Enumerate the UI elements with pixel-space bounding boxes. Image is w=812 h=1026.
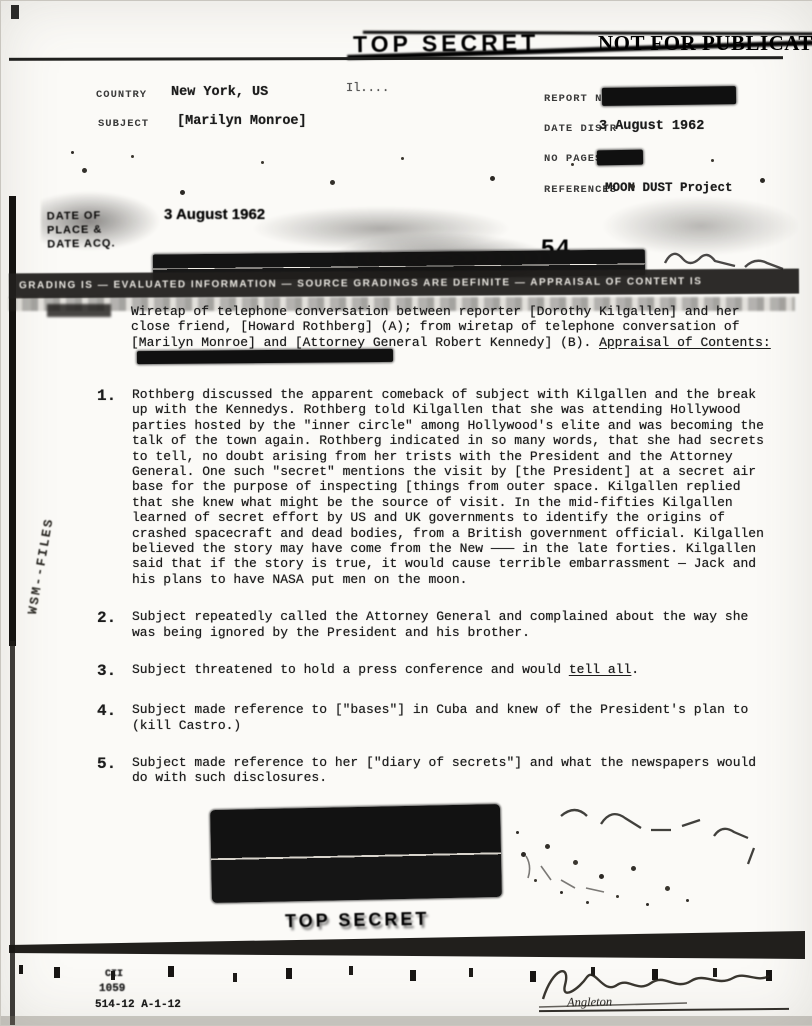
footer-code-3: 514-12 A-1-12 xyxy=(95,999,181,1011)
paragraph-number: 2. xyxy=(97,609,123,640)
paragraph-text: Subject threatened to hold a press confe… xyxy=(132,662,778,680)
noise-smudge xyxy=(251,206,511,251)
left-block-line-3: DATE ACQ. xyxy=(47,236,116,251)
tell-all-underlined: tell all xyxy=(569,662,631,677)
report-no-redaction-bar xyxy=(602,86,736,106)
scale-tick-marks xyxy=(19,965,23,974)
paragraph-number: 5. xyxy=(97,755,123,786)
paragraph-text-pre: Subject threatened to hold a press confe… xyxy=(132,662,569,677)
paragraph-text-post: . xyxy=(631,662,639,677)
large-redaction-block xyxy=(210,804,502,903)
page-edge-line-upper xyxy=(9,196,16,646)
date-received-stamp: 3 August 1962 xyxy=(164,206,265,223)
appraisal-redaction-bar xyxy=(137,349,393,364)
country-label: COUNTRY xyxy=(96,89,147,101)
scan-corner-mark xyxy=(11,5,19,19)
paragraph-4: 4. Subject made reference to ["bases"] i… xyxy=(97,702,787,733)
paragraph-number: 1. xyxy=(97,387,123,587)
noise-speckles xyxy=(71,151,74,154)
numbered-paragraphs: 1. Rothberg discussed the apparent comeb… xyxy=(97,387,787,808)
paragraph-text: Subject made reference to ["bases"] in C… xyxy=(132,702,778,733)
references-value: MOON DUST Project xyxy=(605,181,733,195)
handwritten-scribbles xyxy=(506,796,786,916)
date-distr-value: 3 August 1962 xyxy=(599,119,704,134)
handwritten-scrawl-top xyxy=(661,233,791,277)
left-block-line-1: DATE OF xyxy=(47,208,116,223)
noise-speckles xyxy=(516,831,519,834)
subject-value: [Marilyn Monroe] xyxy=(177,114,307,129)
scanned-document-page: TOP SECRET NOT FOR PUBLICATION Il.... CO… xyxy=(0,0,812,1026)
paragraph-2: 2. Subject repeatedly called the Attorne… xyxy=(97,609,787,640)
paragraph-5: 5. Subject made reference to her ["diary… xyxy=(97,755,787,786)
country-value: New York, US xyxy=(171,85,268,100)
margin-vertical-label: WSM--FILES xyxy=(25,516,57,615)
not-for-publication-heading: NOT FOR PUBLICATION xyxy=(598,31,812,56)
footer-code-2: 1059 xyxy=(99,983,125,995)
paragraph-3: 3. Subject threatened to hold a press co… xyxy=(97,662,787,680)
appraisal-of-contents-label: Appraisal of Contents: xyxy=(599,335,771,350)
paragraph-number: 3. xyxy=(97,662,123,680)
paragraph-text: Subject made reference to her ["diary of… xyxy=(132,755,778,786)
paragraph-number: 4. xyxy=(97,702,123,733)
no-pages-redaction-bar xyxy=(597,150,643,166)
subject-label: SUBJECT xyxy=(98,118,149,130)
header-rule xyxy=(9,56,783,61)
margin-marks: Il.... xyxy=(346,81,389,95)
signature-name-label: Angleton xyxy=(567,995,612,1011)
summary-block: Wiretap of telephone conversation betwee… xyxy=(131,304,783,366)
left-block-line-2: PLACE & xyxy=(47,222,116,237)
form-left-block-stamp: DATE OF PLACE & DATE ACQ. xyxy=(47,208,116,251)
footer-code-1: CII xyxy=(105,969,123,980)
paragraph-text: Subject repeatedly called the Attorney G… xyxy=(132,609,778,640)
no-pages-label: NO PAGES xyxy=(544,153,602,165)
paragraph-1: 1. Rothberg discussed the apparent comeb… xyxy=(97,387,787,587)
paragraph-text: Rothberg discussed the apparent comeback… xyxy=(132,387,778,587)
